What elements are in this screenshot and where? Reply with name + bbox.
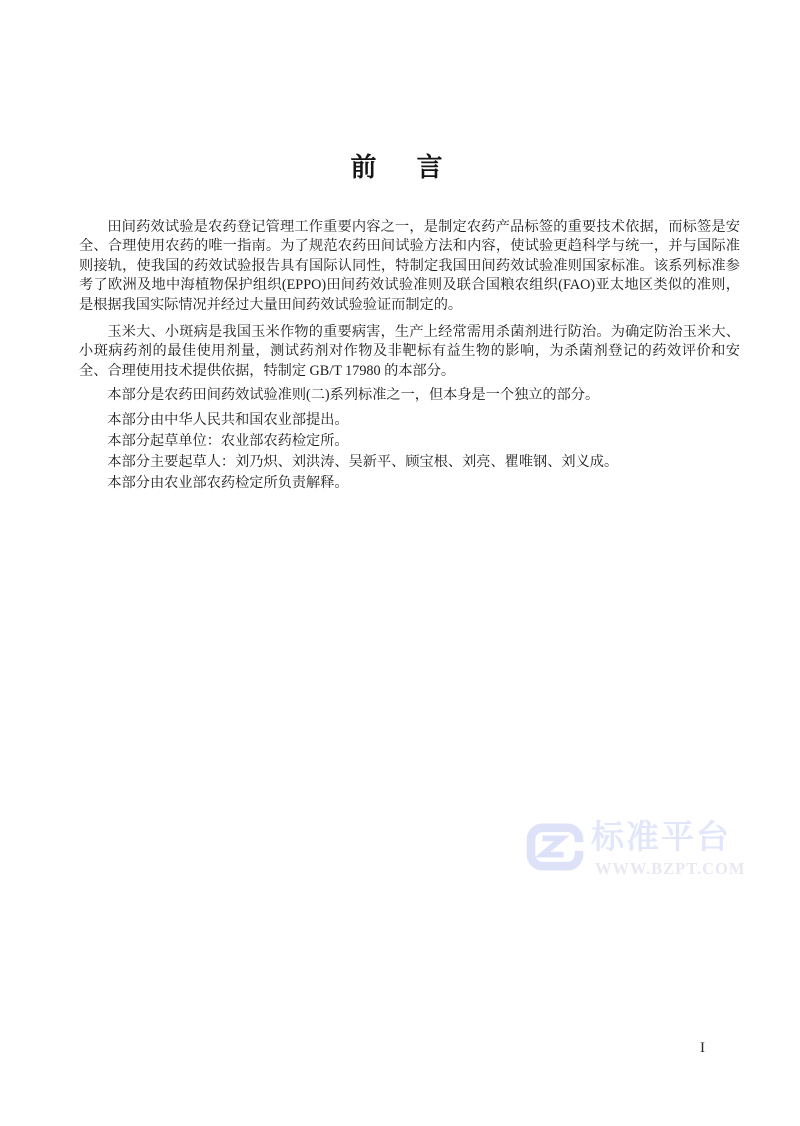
- paragraph-drafters: 本部分主要起草人：刘乃炽、刘洪涛、吴新平、顾宝根、刘亮、瞿唯钢、刘义成。: [79, 452, 740, 473]
- page-title: 前 言: [0, 147, 800, 184]
- document-page: 前 言 田间药效试验是农药登记管理工作重要内容之一，是制定农药产品标签的重要技术…: [0, 0, 800, 1126]
- watermark-brand: 标准平台: [591, 819, 745, 857]
- page-number: I: [700, 1040, 705, 1057]
- paragraph-drafting-unit: 本部分起草单位：农业部农药检定所。: [79, 431, 740, 452]
- paragraph-proposed-by: 本部分由中华人民共和国农业部提出。: [79, 410, 740, 431]
- paragraph-interpretation: 本部分由农业部农药检定所负责解释。: [79, 473, 740, 494]
- bzpt-monogram-icon: [526, 823, 584, 871]
- watermark: 标准平台 WWW.BZPT.COM: [526, 819, 745, 877]
- paragraph-purpose: 玉米大、小斑病是我国玉米作物的重要病害，生产上经常需用杀菌剂进行防治。为确定防治…: [79, 323, 740, 381]
- watermark-text: 标准平台 WWW.BZPT.COM: [591, 819, 745, 877]
- watermark-url: WWW.BZPT.COM: [595, 860, 745, 877]
- paragraph-series-note: 本部分是农药田间药效试验准则(二)系列标准之一，但本身是一个独立的部分。: [79, 385, 740, 406]
- foreword-body: 田间药效试验是农药登记管理工作重要内容之一，是制定农药产品标签的重要技术依据，而…: [79, 218, 740, 494]
- paragraph-intro: 田间药效试验是农药登记管理工作重要内容之一，是制定农药产品标签的重要技术依据，而…: [79, 218, 740, 315]
